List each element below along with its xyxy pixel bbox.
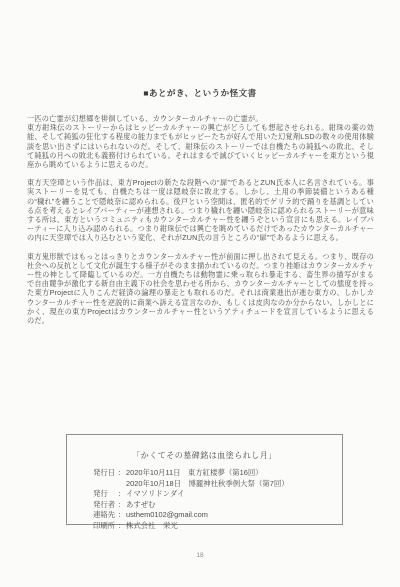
colophon-label: 発行 xyxy=(93,489,117,500)
paragraph-kikeijuu: 東方鬼形獣ではもっとはっきりとカウンターカルチャー性が前面に押し出されて見える。… xyxy=(27,252,374,326)
page-number: 18 xyxy=(0,552,400,559)
colophon-value: 株式会社 栄光 xyxy=(126,521,178,532)
colophon-value: あすぜむ xyxy=(126,500,156,511)
colophon-separator: ： xyxy=(117,489,126,500)
colophon-row-publisher: 発行者：あすぜむ xyxy=(93,500,342,511)
book-title: 「かくてその墓碑銘は血塗られし月」 xyxy=(67,450,342,461)
colophon-label: 発行日 xyxy=(93,468,117,479)
colophon-row-contact: 連絡先：usthem0102@gmail.com xyxy=(93,510,342,521)
colophon-label xyxy=(93,479,117,490)
afterword-body: 一匹の亡霊が幻想郷を徘徊している、カウンターカルチャーの亡霊が。 東方紺珠伝のス… xyxy=(27,114,374,325)
colophon-separator: ： xyxy=(117,510,126,521)
colophon-details: 発行日：2020年10月11日 東方紅楼夢（第16回） 2020年10月18日 … xyxy=(93,468,342,532)
colophon-separator: ： xyxy=(117,521,126,532)
paragraph-tenkuushou: 東方天空璋という作品は、東方Projectの新たな段階への“扉”であるとZUN氏… xyxy=(27,178,374,242)
colophon-separator: ： xyxy=(117,500,126,511)
lead-sentence: 一匹の亡霊が幻想郷を徘徊している、カウンターカルチャーの亡霊が。 xyxy=(27,114,374,123)
colophon-label: 連絡先 xyxy=(93,510,117,521)
colophon-row-printer: 印刷所：株式会社 栄光 xyxy=(93,521,342,532)
afterword-heading: ■あとがき、というか怪文書 xyxy=(0,0,400,99)
colophon-label: 発行者 xyxy=(93,500,117,511)
paragraph-kanjuden: 東方紺珠伝のストーリーからはヒッピーカルチャーの興亡がどうしても想起させられる。… xyxy=(27,123,374,169)
colophon-value: 2020年10月11日 東方紅楼夢（第16回） xyxy=(126,468,263,479)
contact-email: usthem0102@gmail.com xyxy=(126,510,208,521)
colophon-box: 「かくてその墓碑銘は血塗られし月」 発行日：2020年10月11日 東方紅楼夢（… xyxy=(66,434,343,525)
colophon-row-publish-date-2: 2020年10月18日 博麗神社秋季例大祭（第7回） xyxy=(93,479,342,490)
colophon-label: 印刷所 xyxy=(93,521,117,532)
colophon-separator xyxy=(117,479,126,490)
colophon-row-publish-date-1: 発行日：2020年10月11日 東方紅楼夢（第16回） xyxy=(93,468,342,479)
colophon-separator: ： xyxy=(117,468,126,479)
colophon-value: 2020年10月18日 博麗神社秋季例大祭（第7回） xyxy=(126,479,289,490)
colophon-row-circle: 発行：イマソリドンダイ xyxy=(93,489,342,500)
colophon-value: イマソリドンダイ xyxy=(126,489,184,500)
afterword-page: ■あとがき、というか怪文書 一匹の亡霊が幻想郷を徘徊している、カウンターカルチャ… xyxy=(0,0,400,587)
